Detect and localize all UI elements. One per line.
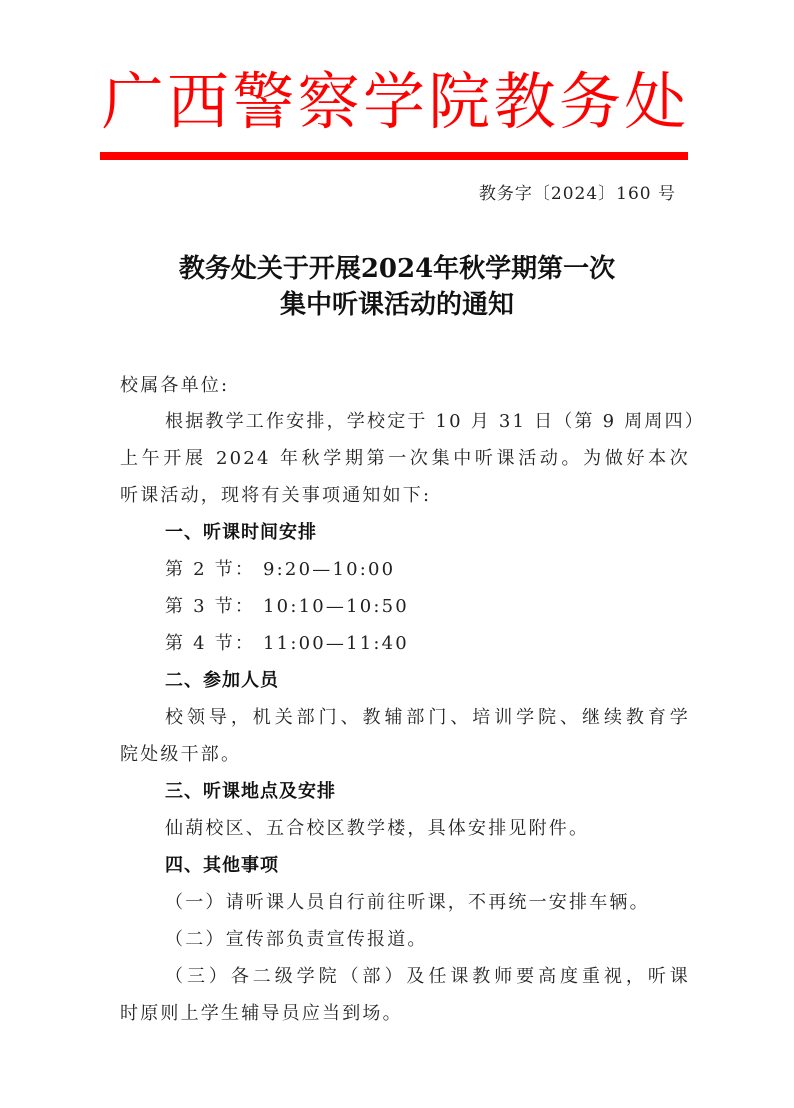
masthead-char: 西 bbox=[165, 62, 230, 142]
masthead-char: 学 bbox=[361, 62, 426, 142]
document-number: 教务字〔2024〕160 号 bbox=[479, 182, 676, 206]
masthead-title: 广 西 警 察 学 院 教 务 处 bbox=[100, 62, 688, 142]
masthead-char: 警 bbox=[231, 62, 296, 142]
section-heading-location: 三、听课地点及安排 bbox=[165, 773, 336, 810]
schedule-period-4: 第 4 节： 11:00—11:40 bbox=[165, 625, 690, 662]
section-heading-participants: 二、参加人员 bbox=[165, 662, 279, 699]
red-divider bbox=[100, 152, 688, 160]
intro-line-1: 根据教学工作安排，学校定于 10 月 31 日（第 9 周周四） bbox=[165, 403, 690, 440]
masthead-char: 广 bbox=[100, 62, 165, 142]
masthead-char: 处 bbox=[623, 62, 688, 142]
section-heading-other: 四、其他事项 bbox=[165, 847, 279, 884]
schedule-period-2: 第 2 节： 9:20—10:00 bbox=[165, 551, 690, 588]
section-heading-schedule: 一、听课时间安排 bbox=[165, 514, 317, 551]
masthead-char: 察 bbox=[296, 62, 361, 142]
masthead-char: 教 bbox=[492, 62, 557, 142]
other-item-1: （一）请听课人员自行前往听课，不再统一安排车辆。 bbox=[165, 884, 690, 921]
salutation: 校属各单位: bbox=[120, 367, 690, 404]
intro-line-2: 上午开展 2024 年秋学期第一次集中听课活动。为做好本次 bbox=[120, 440, 690, 477]
masthead-char: 院 bbox=[427, 62, 492, 142]
schedule-period-3: 第 3 节： 10:10—10:50 bbox=[165, 588, 690, 625]
notice-title-line-1: 教务处关于开展2024年秋学期第一次 bbox=[100, 250, 694, 288]
location-line-1: 仙葫校区、五合校区教学楼，具体安排见附件。 bbox=[165, 810, 690, 847]
notice-title-line-2: 集中听课活动的通知 bbox=[100, 286, 694, 324]
participants-line-2: 院处级干部。 bbox=[120, 736, 690, 773]
intro-line-3: 听课活动，现将有关事项通知如下: bbox=[120, 477, 690, 514]
other-item-3-line-2: 时原则上学生辅导员应当到场。 bbox=[120, 995, 690, 1032]
other-item-3-line-1: （三）各二级学院（部）及任课教师要高度重视，听课 bbox=[165, 958, 690, 995]
other-item-2: （二）宣传部负责宣传报道。 bbox=[165, 921, 690, 958]
masthead-char: 务 bbox=[557, 62, 622, 142]
participants-line-1: 校领导，机关部门、教辅部门、培训学院、继续教育学 bbox=[165, 699, 690, 736]
